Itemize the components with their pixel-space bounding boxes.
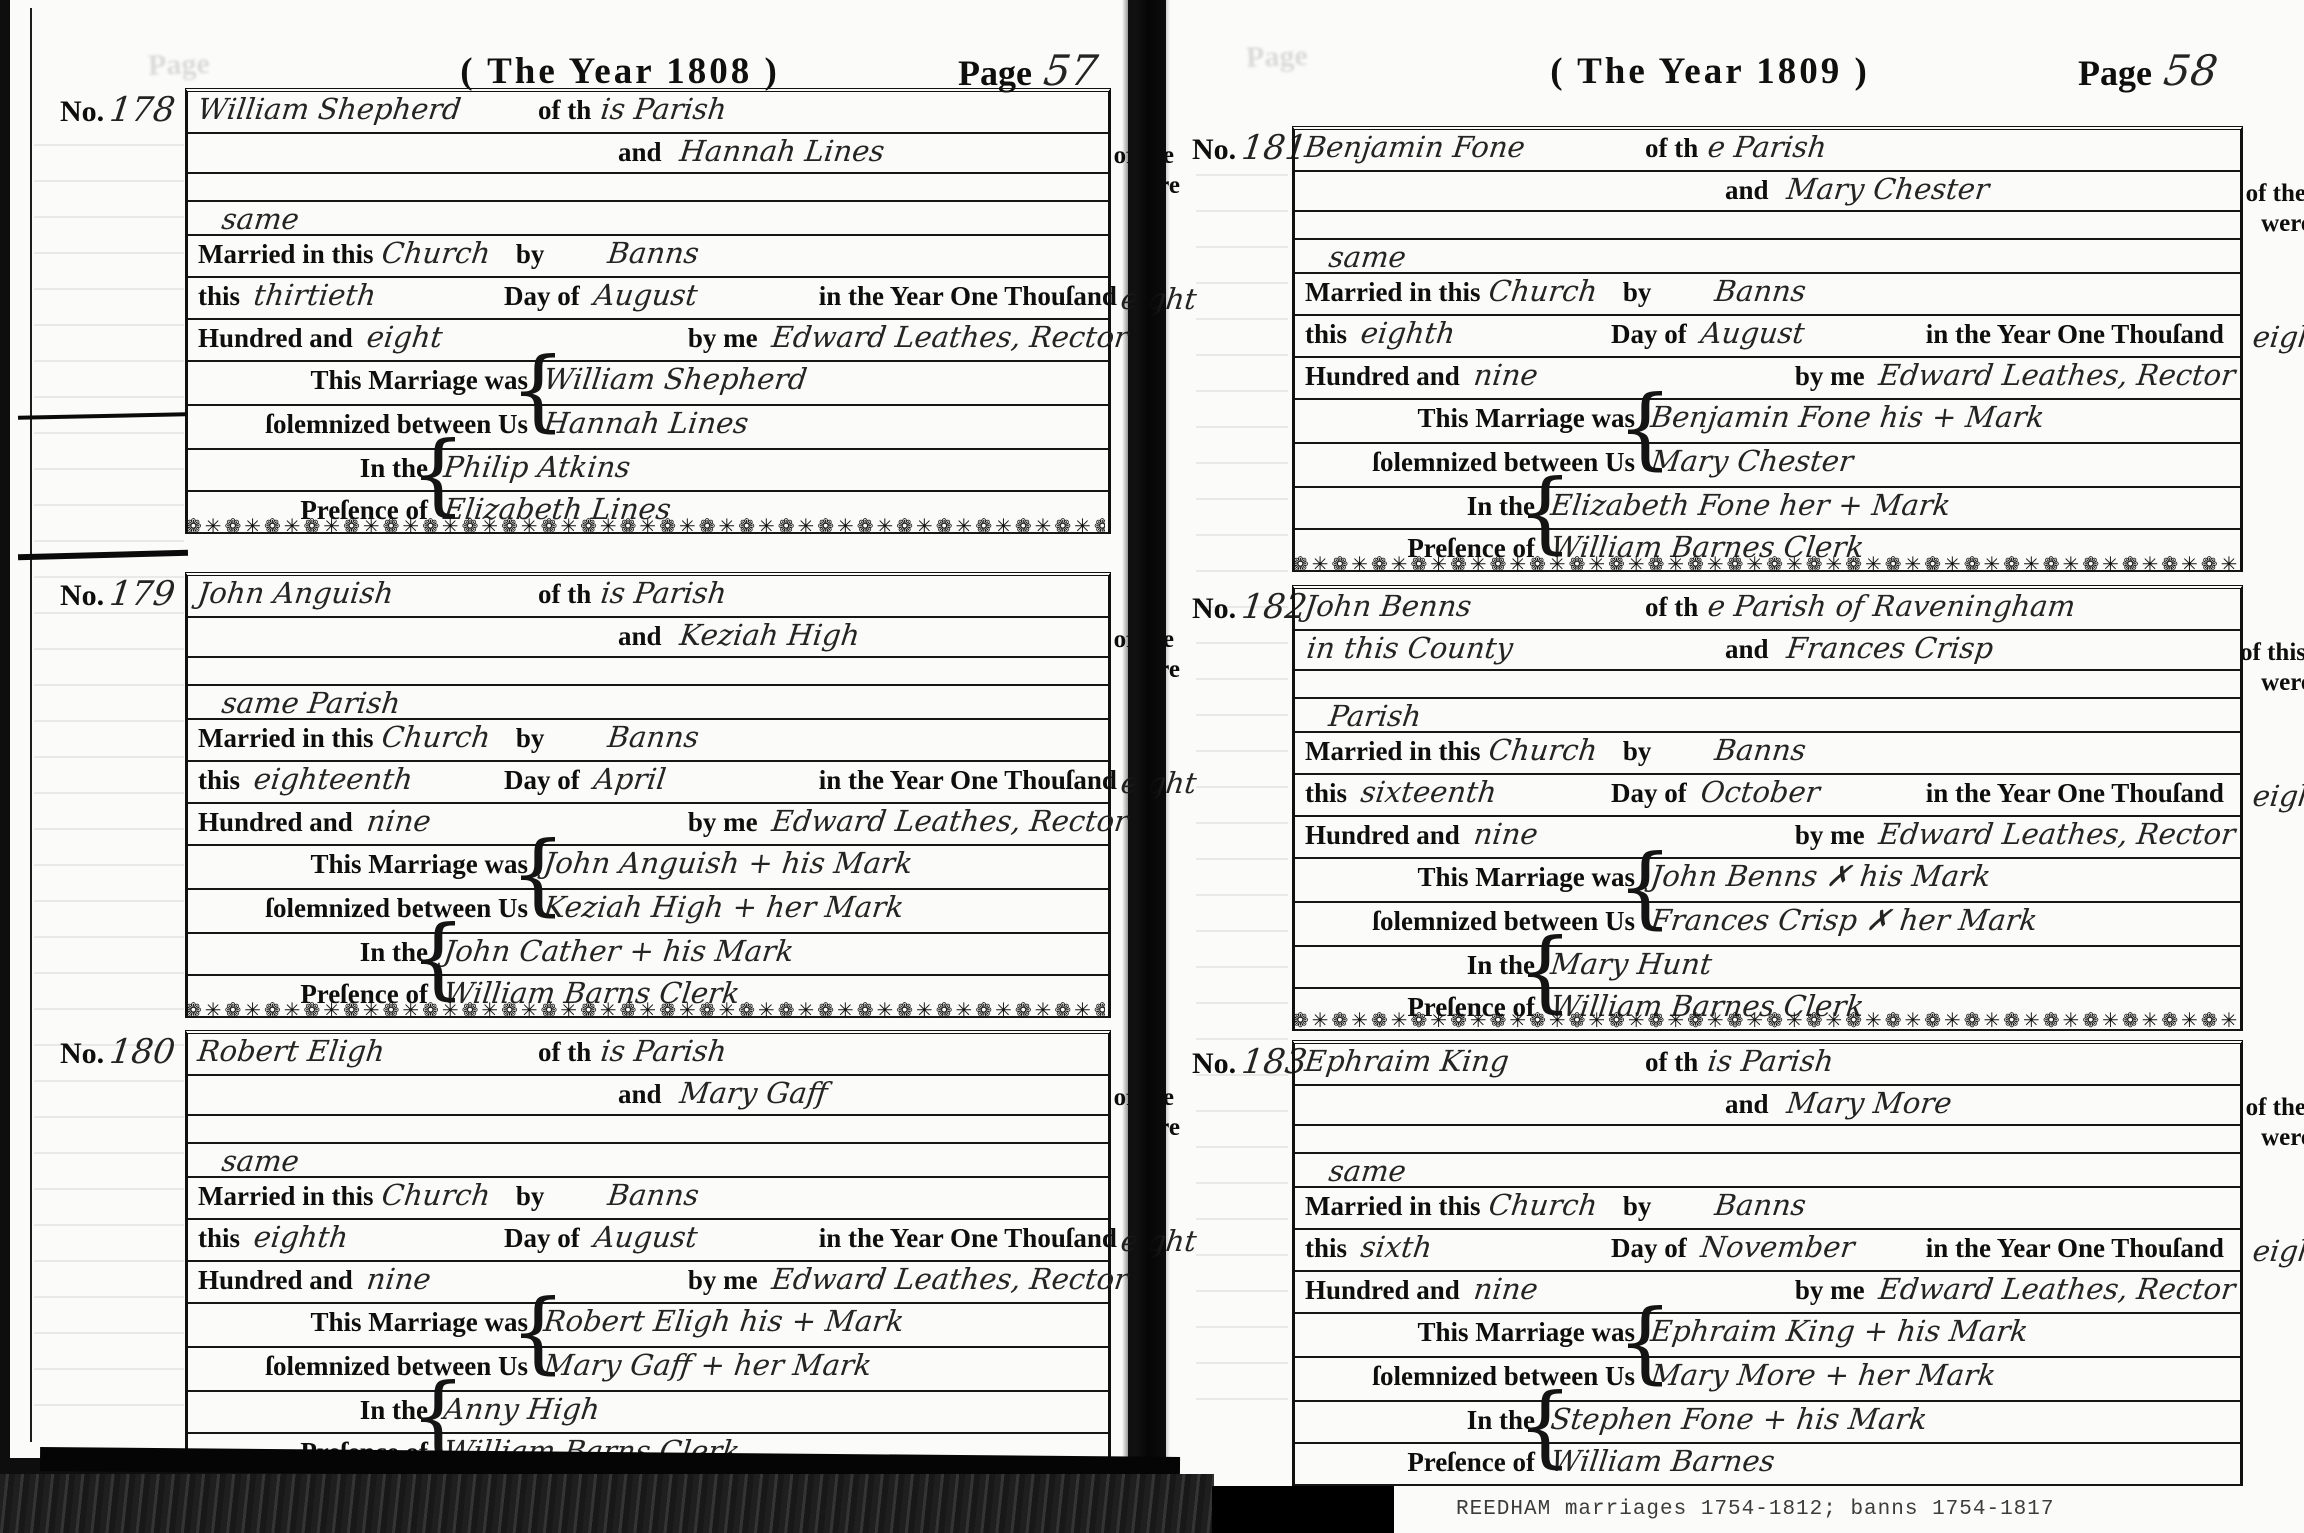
entry-row-groom: Ephraim King of th is Parish (1295, 1044, 2240, 1086)
and-label: and (618, 1079, 662, 1110)
entry-row-same-parish: same (188, 202, 1108, 236)
by-label: by (516, 239, 545, 270)
witness1-signature: John Cather + his Mark (442, 934, 796, 968)
officiant-signature: Edward Leathes, Rector (769, 1262, 1129, 1296)
month-name: April (592, 762, 811, 796)
signature-brace: { (1617, 1298, 1673, 1386)
entry-form-box: John Benns of th e Parish of Raveningham… (1292, 585, 2243, 1031)
entry-row-officiant: Hundred and nine by me Edward Leathes, R… (1295, 1272, 2240, 1314)
by-label: by (1623, 736, 1652, 767)
signature-brace: { (1617, 384, 1673, 472)
bride-signature: Frances Crisp ✗ her Mark (1649, 903, 2039, 937)
officiant-signature: Edward Leathes, Rector (769, 320, 1129, 354)
banns-word: Banns (1713, 274, 1808, 308)
groom-parish: e Parish of Raveningham (1706, 589, 2077, 623)
right-page-number: Page58 (2078, 46, 2217, 95)
day-of-label: Day of (504, 1223, 580, 1254)
witness1-signature: Anny High (442, 1392, 746, 1426)
signature-brace: { (1617, 843, 1673, 931)
entry-number: No.178 (60, 90, 175, 130)
no-label: No. (60, 95, 104, 128)
day-ordinal: sixth (1359, 1230, 1613, 1264)
entry-row-were: were (1295, 671, 2240, 699)
this-label: this (198, 281, 240, 312)
day-of-label: Day of (504, 281, 580, 312)
entry-row-bride: in this County and Frances Crisp of this (1295, 631, 2240, 671)
married-in-this-label: Married in this (198, 723, 374, 754)
presence-of-label: Preſence of (1305, 1447, 1551, 1478)
this-marriage-was-label: This Marriage was (1305, 862, 1651, 893)
day-ordinal: eighth (252, 1220, 506, 1254)
marriage-entry-183: No.183 Ephraim King of th is Parish and … (1192, 1040, 2240, 1486)
right-page-bleedthrough-text: Page (1245, 39, 1308, 75)
in-the-year-label: in the Year One Thouſand (1926, 778, 2224, 809)
and-label: and (618, 621, 662, 652)
groom-parish: is Parish (599, 92, 729, 126)
this-marriage-was-label: This Marriage was (1305, 1317, 1651, 1348)
entry-row-bride-signature: ſolemnized between Us Keziah High + her … (188, 890, 1108, 934)
bride-of-the-label: of the (2246, 180, 2304, 208)
banns-word: Banns (606, 1178, 701, 1212)
entry-row-married: Married in this Church by Banns (188, 236, 1108, 278)
groom-signature: Ephraim King + his Mark (1649, 1314, 2030, 1348)
solemnized-label: ſolemnized between Us (1305, 906, 1651, 937)
day-of-label: Day of (1611, 1233, 1687, 1264)
entry-form-box: John Anguish of th is Parish and Keziah … (185, 572, 1111, 1018)
groom-name: William Shepherd (196, 92, 530, 126)
of-the-label: of th (1645, 592, 1698, 623)
entry-number-value: 178 (108, 90, 178, 130)
entry-row-officiant: Hundred and nine by me Edward Leathes, R… (1295, 358, 2240, 400)
table-surface (0, 1474, 1214, 1533)
entry-row-married: Married in this Church by Banns (188, 1178, 1108, 1220)
groom-name: John Benns (1303, 589, 1637, 623)
groom-signature: Benjamin Fone his + Mark (1649, 400, 2046, 434)
in-the-year-label: in the Year One Thouſand (1926, 1233, 2224, 1264)
by-me-label: by me (688, 323, 758, 354)
witness1-signature: Stephen Fone + his Mark (1549, 1402, 1929, 1436)
entry-row-groom-signature: This Marriage was Ephraim King + his Mar… (1295, 1314, 2240, 1358)
groom-parish: is Parish (1706, 1044, 1836, 1078)
hundred-and-label: Hundred and (1305, 820, 1460, 851)
this-marriage-was-label: This Marriage was (198, 849, 544, 880)
same-parish: same (1327, 1154, 1408, 1188)
entry-row-were: were (188, 658, 1108, 686)
year-word: eight (2251, 779, 2304, 813)
right-page-label: Page (2078, 53, 2152, 93)
entry-row-witness1: In the Elizabeth Fone her + Mark (1295, 488, 2240, 530)
and-label: and (1725, 1089, 1769, 1120)
were-label: were (2261, 210, 2304, 238)
witness-brace: { (1517, 1382, 1573, 1470)
day-ordinal: eighth (1359, 316, 1613, 350)
solemnized-label: ſolemnized between Us (1305, 1361, 1651, 1392)
entry-number: No.180 (60, 1032, 175, 1072)
by-me-label: by me (1795, 820, 1865, 851)
entry-row-officiant: Hundred and nine by me Edward Leathes, R… (1295, 817, 2240, 859)
entry-row-bride: and Mary More of the (1295, 1086, 2240, 1126)
married-in-this-label: Married in this (198, 239, 374, 270)
in-the-label: In the (1305, 491, 1551, 522)
witness-brace: { (410, 1372, 466, 1460)
entry-row-were: were (1295, 212, 2240, 240)
entry-row-bride-signature: ſolemnized between Us Frances Crisp ✗ he… (1295, 903, 2240, 947)
same-parish: same (1327, 240, 1408, 274)
entry-row-date: this sixteenth Day of October in the Yea… (1295, 775, 2240, 817)
entry-row-witness1: In the Philip Atkins (188, 450, 1108, 492)
entry-row-married: Married in this Church by Banns (1295, 274, 2240, 316)
month-name: August (1699, 316, 1918, 350)
hundred-and-label: Hundred and (198, 807, 353, 838)
day-ordinal: eighteenth (252, 762, 506, 796)
solemnized-label: ſolemnized between Us (198, 1351, 544, 1382)
church-word: Church (1486, 1188, 1599, 1222)
groom-signature: John Benns ✗ his Mark (1649, 859, 1993, 893)
groom-parish: is Parish (599, 576, 729, 610)
no-label: No. (60, 1037, 104, 1070)
hundred-and-label: Hundred and (1305, 1275, 1460, 1306)
entry-row-witness2: Preſence of William Barnes (1295, 1444, 2240, 1486)
ornament-divider: ❁✳❁✳❁✳❁✳❁✳❁✳❁✳❁✳❁✳❁✳❁✳❁✳❁✳❁✳❁✳❁✳❁✳❁✳❁✳❁✳… (185, 514, 1105, 542)
witness1-signature: Elizabeth Fone her + Mark (1549, 488, 1953, 522)
by-label: by (1623, 1191, 1652, 1222)
this-marriage-was-label: This Marriage was (198, 365, 544, 396)
this-label: this (198, 1223, 240, 1254)
entry-row-groom-signature: This Marriage was Benjamin Fone his + Ma… (1295, 400, 2240, 444)
same-parish: same (220, 1144, 301, 1178)
entry-number-value: 180 (108, 1032, 178, 1072)
entry-row-bride: and Mary Chester of the (1295, 172, 2240, 212)
church-word: Church (1486, 733, 1599, 767)
this-marriage-was-label: This Marriage was (198, 1307, 544, 1338)
bride-of-the-label: of this (2240, 639, 2304, 667)
entry-row-witness1: In the John Cather + his Mark (188, 934, 1108, 976)
entry-form-box: William Shepherd of th is Parish and Han… (185, 88, 1111, 534)
no-label: No. (1192, 133, 1236, 166)
entry-form-box: Ephraim King of th is Parish and Mary Mo… (1292, 1040, 2243, 1486)
bride-signature: Hannah Lines (542, 406, 846, 440)
marriage-entry-179: No.179 John Anguish of th is Parish and … (60, 572, 1105, 1018)
groom-signature: Robert Eligh his + Mark (542, 1304, 906, 1338)
entry-row-groom-signature: This Marriage was John Anguish + his Mar… (188, 846, 1108, 890)
entry-row-groom: John Anguish of th is Parish (188, 576, 1108, 618)
by-me-label: by me (1795, 361, 1865, 392)
witness-brace: { (1517, 927, 1573, 1015)
year-word: eight (2251, 1234, 2304, 1268)
entry-number-value: 179 (108, 574, 178, 614)
hundred-and-label: Hundred and (198, 323, 353, 354)
marriage-entry-178: No.178 William Shepherd of th is Parish … (60, 88, 1105, 534)
were-label: were (2261, 669, 2304, 697)
bride-name: Mary More (1784, 1086, 2048, 1120)
solemnized-label: ſolemnized between Us (1305, 447, 1651, 478)
entry-row-date: this eighth Day of August in the Year On… (1295, 316, 2240, 358)
entry-number: No.183 (1192, 1042, 1307, 1082)
bride-name: Hannah Lines (677, 134, 941, 168)
in-the-label: In the (198, 937, 444, 968)
no-label: No. (1192, 592, 1236, 625)
groom-name: Robert Eligh (196, 1034, 530, 1068)
entry-number: No.181 (1192, 128, 1307, 168)
entry-form-box: Robert Eligh of th is Parish and Mary Ga… (185, 1030, 1111, 1476)
banns-word: Banns (1713, 1188, 1808, 1222)
bride-signature: Mary Gaff + her Mark (542, 1348, 874, 1382)
bride-signature: Keziah High + her Mark (542, 890, 906, 924)
by-me-label: by me (688, 1265, 758, 1296)
day-ordinal: sixteenth (1359, 775, 1613, 809)
entry-row-officiant: Hundred and eight by me Edward Leathes, … (188, 320, 1108, 362)
entry-row-married: Married in this Church by Banns (188, 720, 1108, 762)
bride-signature: Mary More + her Mark (1649, 1358, 1998, 1392)
were-label: were (2261, 1124, 2304, 1152)
hundred-and-label: Hundred and (1305, 361, 1460, 392)
in-the-year-label: in the Year One Thouſand (1926, 319, 2224, 350)
entry-row-officiant: Hundred and nine by me Edward Leathes, R… (188, 1262, 1108, 1304)
no-label: No. (60, 579, 104, 612)
this-label: this (1305, 319, 1347, 350)
month-name: August (592, 1220, 811, 1254)
archive-caption: REEDHAM marriages 1754-1812; banns 1754-… (1456, 1498, 2055, 1521)
banns-word: Banns (606, 720, 701, 754)
year-word: eight (2251, 320, 2304, 354)
witness-brace: { (410, 430, 466, 518)
by-label: by (516, 723, 545, 754)
month-name: October (1699, 775, 1918, 809)
witness1-signature: Philip Atkins (442, 450, 746, 484)
by-me-label: by me (1795, 1275, 1865, 1306)
married-in-this-label: Married in this (1305, 277, 1481, 308)
ornament-divider: ❁✳❁✳❁✳❁✳❁✳❁✳❁✳❁✳❁✳❁✳❁✳❁✳❁✳❁✳❁✳❁✳❁✳❁✳❁✳❁✳… (185, 998, 1105, 1026)
bride-name: Frances Crisp (1784, 631, 2048, 665)
signature-brace: { (510, 346, 566, 434)
officiant-signature: Edward Leathes, Rector (1876, 817, 2236, 851)
and-label: and (1725, 634, 1769, 665)
married-in-this-label: Married in this (1305, 736, 1481, 767)
in-the-label: In the (198, 453, 444, 484)
entry-row-bride-signature: ſolemnized between Us Mary Gaff + her Ma… (188, 1348, 1108, 1392)
entry-row-same-parish: Parish (1295, 699, 2240, 733)
ornament-divider: ❁✳❁✳❁✳❁✳❁✳❁✳❁✳❁✳❁✳❁✳❁✳❁✳❁✳❁✳❁✳❁✳❁✳❁✳❁✳❁✳… (1292, 552, 2237, 580)
banns-word: Banns (1713, 733, 1808, 767)
entry-number: No.179 (60, 574, 175, 614)
county-note: in this County (1305, 631, 1515, 665)
groom-name: John Anguish (196, 576, 530, 610)
banns-word: Banns (606, 236, 701, 270)
day-of-label: Day of (504, 765, 580, 796)
marriage-entry-180: No.180 Robert Eligh of th is Parish and … (60, 1030, 1105, 1476)
left-year-header: ( The Year 1808 ) (380, 50, 860, 93)
entry-row-were: were (188, 174, 1108, 202)
entry-row-same-parish: same Parish (188, 686, 1108, 720)
entry-row-date: this eighth Day of August in the Year On… (188, 1220, 1108, 1262)
day-of-label: Day of (1611, 778, 1687, 809)
in-the-year-label: in the Year One Thouſand (819, 1223, 1117, 1254)
same-parish: Parish (1327, 699, 1423, 733)
hundred-and-label: Hundred and (198, 1265, 353, 1296)
entry-row-witness1: In the Anny High (188, 1392, 1108, 1434)
entry-row-date: this thirtieth Day of August in the Year… (188, 278, 1108, 320)
this-label: this (198, 765, 240, 796)
marriage-entry-181: No.181 Benjamin Fone of th e Parish and … (1192, 126, 2240, 572)
groom-parish: is Parish (599, 1034, 729, 1068)
same-parish: same (220, 202, 301, 236)
bride-of-the-label: of the (2246, 1094, 2304, 1122)
in-the-label: In the (198, 1395, 444, 1426)
month-name: August (592, 278, 811, 312)
church-word: Church (379, 1178, 492, 1212)
entry-row-bride: and Mary Gaff of the (188, 1076, 1108, 1116)
entry-row-date: this eighteenth Day of April in the Year… (188, 762, 1108, 804)
entry-row-witness1: In the Stephen Fone + his Mark (1295, 1402, 2240, 1444)
entry-row-officiant: Hundred and nine by me Edward Leathes, R… (188, 804, 1108, 846)
entry-row-married: Married in this Church by Banns (1295, 1188, 2240, 1230)
entry-form-box: Benjamin Fone of th e Parish and Mary Ch… (1292, 126, 2243, 572)
day-of-label: Day of (1611, 319, 1687, 350)
no-label: No. (1192, 1047, 1236, 1080)
bride-name: Mary Chester (1784, 172, 2048, 206)
entry-row-groom-signature: This Marriage was John Benns ✗ his Mark (1295, 859, 2240, 903)
witness1-signature: Mary Hunt (1549, 947, 1853, 981)
solemnized-label: ſolemnized between Us (198, 893, 544, 924)
entry-row-groom-signature: This Marriage was Robert Eligh his + Mar… (188, 1304, 1108, 1348)
entry-row-groom: Robert Eligh of th is Parish (188, 1034, 1108, 1076)
this-marriage-was-label: This Marriage was (1305, 403, 1651, 434)
entry-row-groom: William Shepherd of th is Parish (188, 92, 1108, 134)
month-name: November (1699, 1230, 1918, 1264)
entry-row-bride-signature: ſolemnized between Us Mary Chester (1295, 444, 2240, 488)
by-me-label: by me (688, 807, 758, 838)
in-the-label: In the (1305, 1405, 1551, 1436)
in-the-year-label: in the Year One Thouſand (819, 765, 1117, 796)
bride-signature: Mary Chester (1649, 444, 1953, 478)
of-the-label: of th (538, 579, 591, 610)
witness-brace: { (1517, 468, 1573, 556)
entry-row-were: were (1295, 1126, 2240, 1154)
entry-row-married: Married in this Church by Banns (1295, 733, 2240, 775)
ornament-divider: ❁✳❁✳❁✳❁✳❁✳❁✳❁✳❁✳❁✳❁✳❁✳❁✳❁✳❁✳❁✳❁✳❁✳❁✳❁✳❁✳… (1292, 1008, 2237, 1036)
bride-name: Mary Gaff (677, 1076, 941, 1110)
entry-row-same-parish: same (188, 1144, 1108, 1178)
groom-signature: William Shepherd (542, 362, 846, 396)
church-word: Church (379, 236, 492, 270)
entry-row-were: were (188, 1116, 1108, 1144)
right-page-number-value: 58 (2161, 46, 2220, 95)
marriage-entry-182: No.182 John Benns of th e Parish of Rave… (1192, 585, 2240, 1031)
married-in-this-label: Married in this (1305, 1191, 1481, 1222)
this-label: this (1305, 1233, 1347, 1264)
entry-row-bride: and Hannah Lines of the (188, 134, 1108, 174)
entry-row-bride: and Keziah High of the (188, 618, 1108, 658)
entry-row-date: this sixth Day of November in the Year O… (1295, 1230, 2240, 1272)
officiant-signature: Edward Leathes, Rector (1876, 1272, 2236, 1306)
entry-row-groom-signature: This Marriage was William Shepherd (188, 362, 1108, 406)
witness2-signature: William Barnes (1549, 1444, 1853, 1478)
left-page-bleedthrough-text: Page (147, 47, 210, 83)
solemnized-label: ſolemnized between Us (198, 409, 544, 440)
same-parish: same Parish (220, 686, 402, 720)
scanned-register-photo: Page Page ( The Year 1808 ) Page57 ( The… (0, 0, 2304, 1533)
of-the-label: of th (1645, 1047, 1698, 1078)
entry-row-witness1: In the Mary Hunt (1295, 947, 2240, 989)
book-gutter-shadow (1122, 0, 1170, 1533)
entry-number: No.182 (1192, 587, 1307, 627)
entry-row-groom: Benjamin Fone of th e Parish (1295, 130, 2240, 172)
scan-shadow-block (1212, 1486, 1394, 1533)
entry-row-same-parish: same (1295, 1154, 2240, 1188)
groom-parish: e Parish (1706, 130, 1829, 164)
bride-name: Keziah High (677, 618, 941, 652)
married-in-this-label: Married in this (198, 1181, 374, 1212)
of-the-label: of th (1645, 133, 1698, 164)
witness-brace: { (410, 914, 466, 1002)
officiant-signature: Edward Leathes, Rector (1876, 358, 2236, 392)
in-the-label: In the (1305, 950, 1551, 981)
church-word: Church (1486, 274, 1599, 308)
groom-name: Ephraim King (1303, 1044, 1637, 1078)
left-page-frame-line (30, 8, 32, 1442)
day-ordinal: thirtieth (252, 278, 506, 312)
right-year-header: ( The Year 1809 ) (1470, 50, 1950, 93)
and-label: and (618, 137, 662, 168)
signature-brace: { (510, 830, 566, 918)
groom-name: Benjamin Fone (1303, 130, 1637, 164)
this-label: this (1305, 778, 1347, 809)
entry-row-same-parish: same (1295, 240, 2240, 274)
groom-signature: John Anguish + his Mark (542, 846, 915, 880)
by-label: by (1623, 277, 1652, 308)
by-label: by (516, 1181, 545, 1212)
in-the-year-label: in the Year One Thouſand (819, 281, 1117, 312)
entry-row-bride-signature: ſolemnized between Us Mary More + her Ma… (1295, 1358, 2240, 1402)
and-label: and (1725, 175, 1769, 206)
of-the-label: of th (538, 95, 591, 126)
left-page-label: Page (958, 53, 1032, 93)
officiant-signature: Edward Leathes, Rector (769, 804, 1129, 838)
signature-brace: { (510, 1288, 566, 1376)
entry-row-bride-signature: ſolemnized between Us Hannah Lines (188, 406, 1108, 450)
of-the-label: of th (538, 1037, 591, 1068)
entry-row-groom: John Benns of th e Parish of Raveningham (1295, 589, 2240, 631)
church-word: Church (379, 720, 492, 754)
